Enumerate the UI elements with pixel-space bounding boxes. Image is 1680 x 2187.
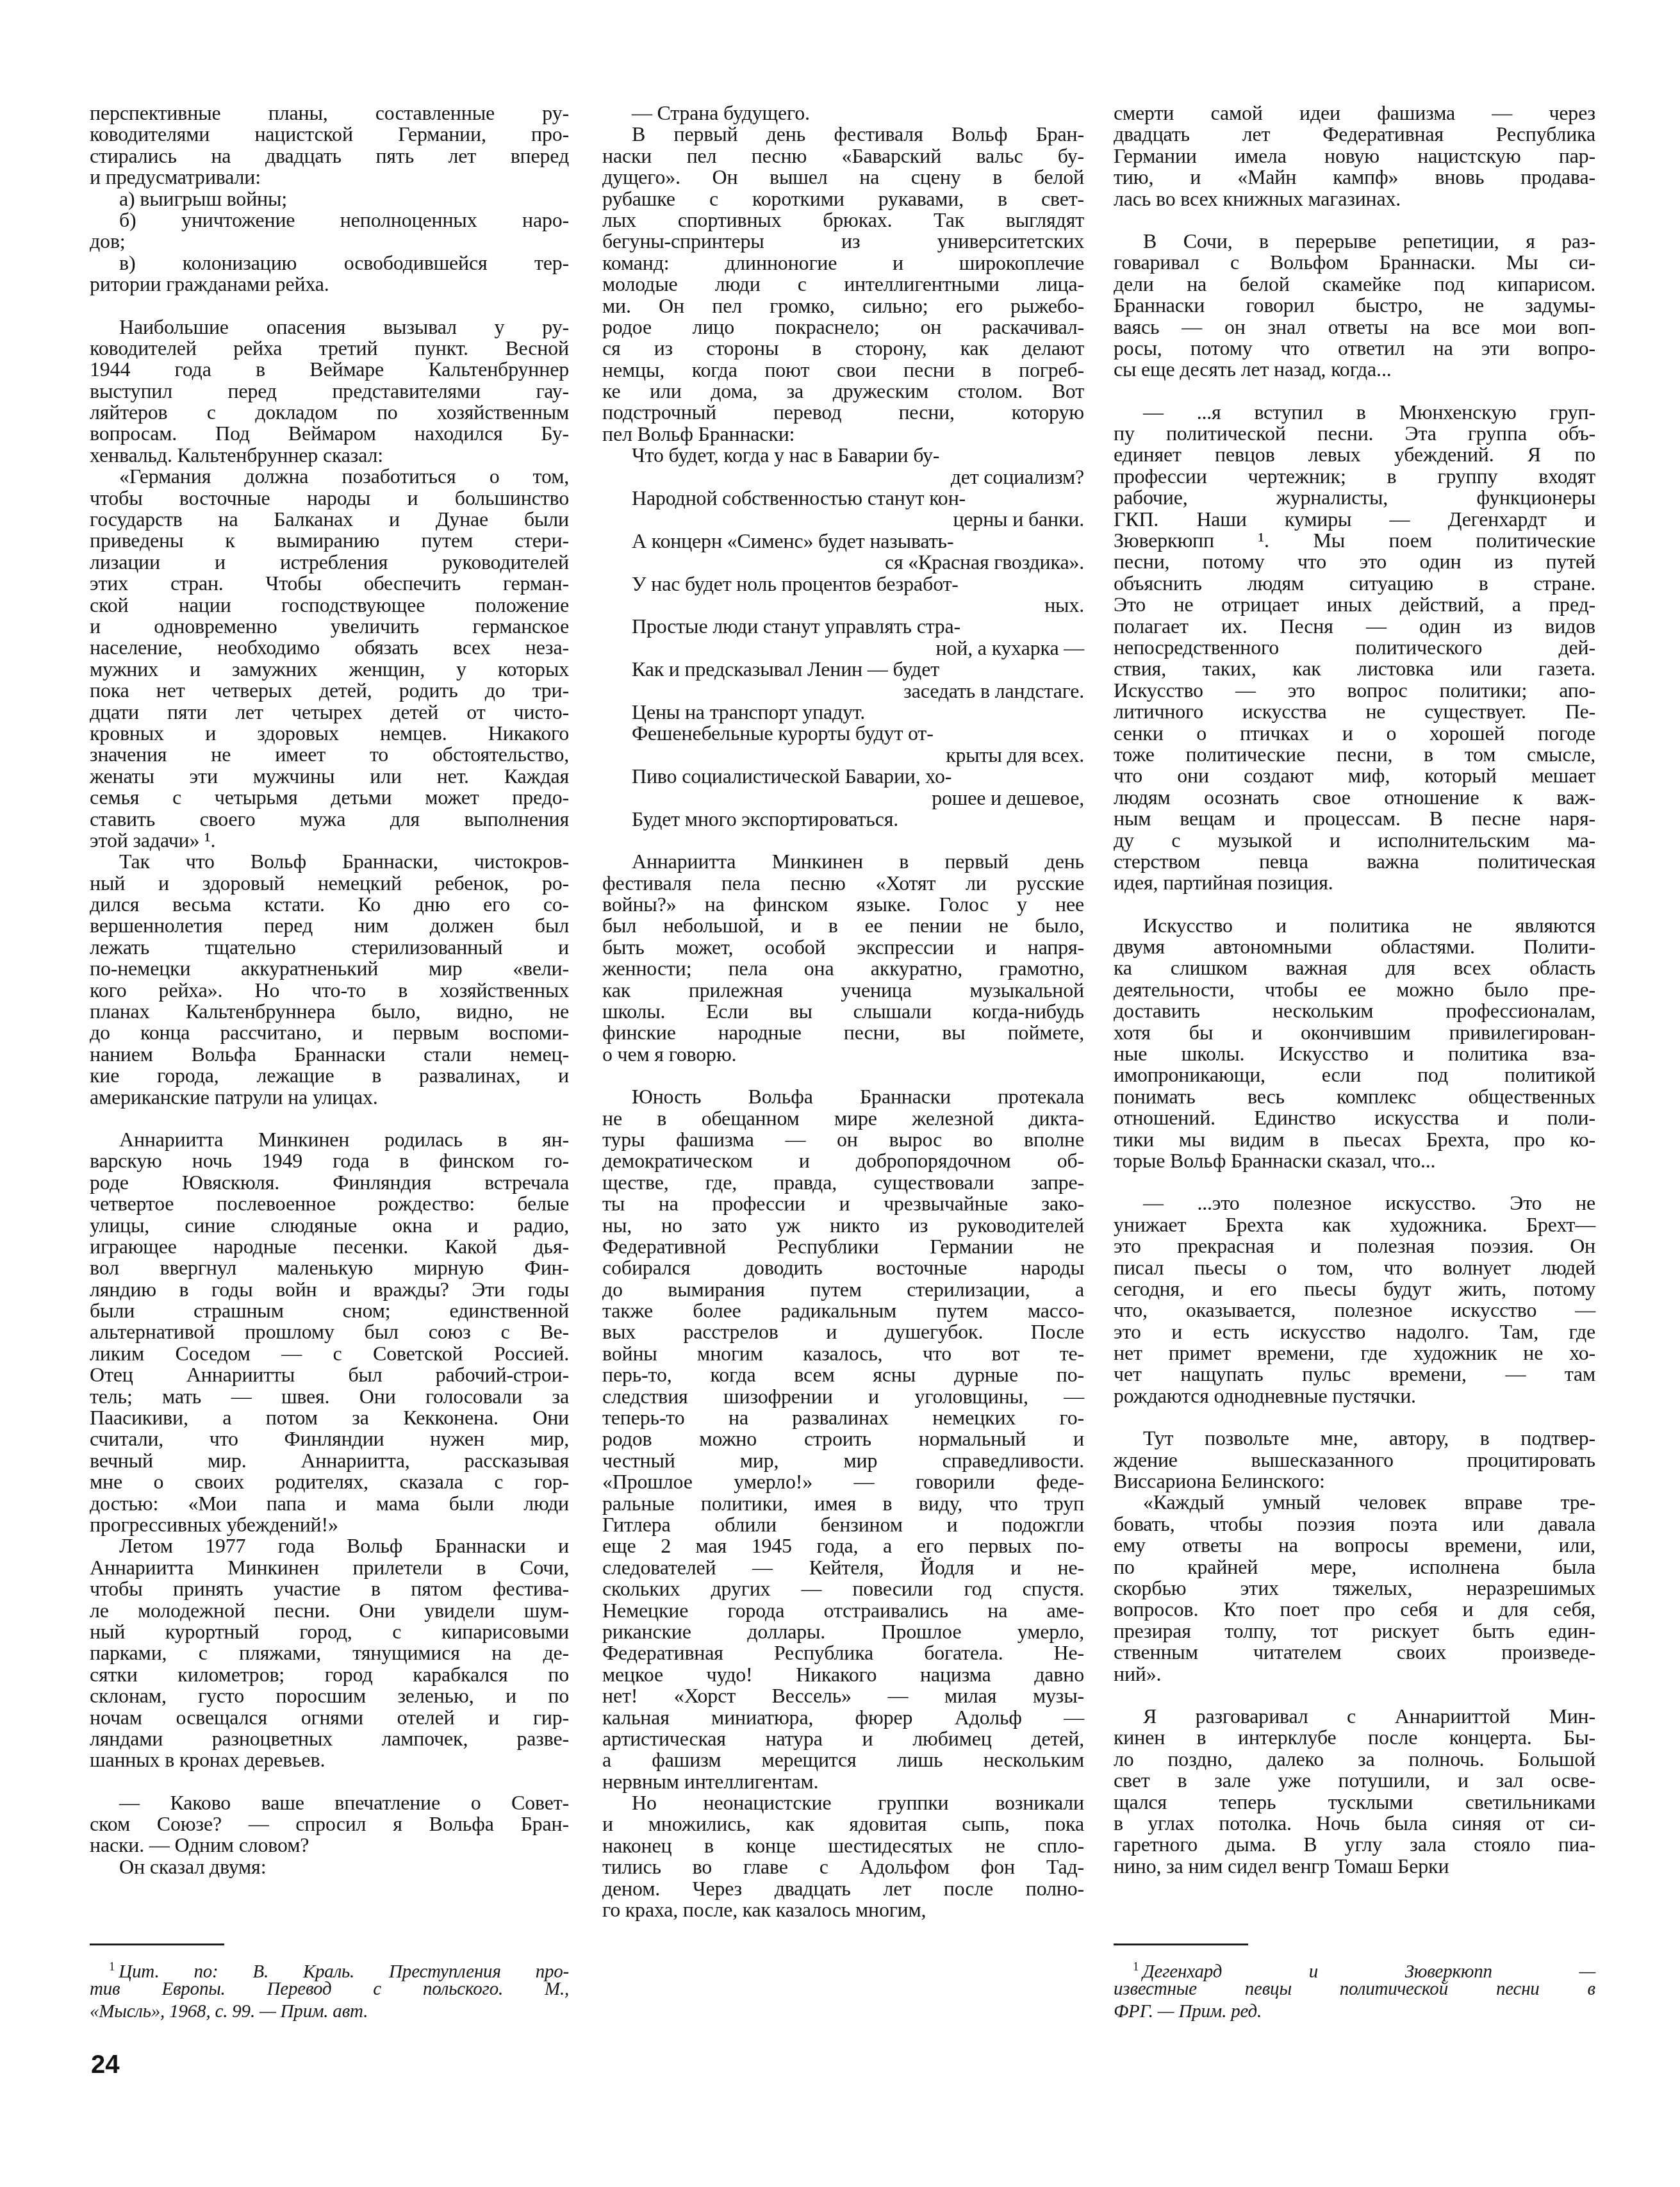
footnote-marker: 1 (1133, 1960, 1139, 1974)
text-line: родое лицо покраснело; он раскачивал- (602, 317, 1084, 338)
text-line: женности; пела она аккуратно, грамотно, (602, 958, 1084, 979)
text-line: что они создают миф, который мешает (1114, 765, 1595, 786)
text-line: отношений. Единство искусства и поли- (1114, 1107, 1595, 1128)
text-line: дов; (90, 231, 569, 252)
column-left: перспективные планы, составленные ру-ков… (90, 103, 569, 1878)
footnote-line: 1Цит. по: В. Краль. Преступления про- (90, 1956, 569, 1978)
paragraph: В первый день фестиваля Вольф Бран-наски… (602, 124, 1084, 445)
text-line: и предусматривали: (90, 167, 569, 188)
text-line: торые Вольф Браннаски сказал, что... (1114, 1150, 1595, 1171)
paragraph: Я разговаривал с Аннарииттой Мин-кинен в… (1114, 1706, 1595, 1877)
text-line: перь-то, когда всем ясны дурные по- (602, 1364, 1084, 1385)
text-line: церны и банки. (602, 509, 1084, 530)
text-line: ществе, где, правда, существовали запре- (602, 1172, 1084, 1193)
text-line: мужних и замужних женщин, у которых (90, 659, 569, 680)
text-line: нет примет времени, где художник не хо- (1114, 1342, 1595, 1364)
text-line: — Каково ваше впечатление о Совет- (90, 1792, 569, 1813)
text-line: профессии чертежник; в группу входят (1114, 466, 1595, 487)
text-line: ляндию в годы войн и вражды? Эти годы (90, 1279, 569, 1300)
text-line: ный курортный город, с кипарисовыми (90, 1621, 569, 1642)
text-line: Зюверкюпп ¹. Мы поем политические (1114, 530, 1595, 551)
text-line: женаты эти мужчины или нет. Каждая (90, 766, 569, 787)
text-line: вопросов. Кто поет про себя и для себя, (1114, 1599, 1595, 1620)
text-line: рубашке с короткими рукавами, в свет- (602, 188, 1084, 210)
text-line: Простые люди станут управлять стра- (602, 616, 1084, 637)
text-line: ле молодежной песни. Они увидели шум- (90, 1600, 569, 1621)
text-line: «Каждый умный человек вправе тре- (1114, 1492, 1595, 1513)
text-line: тель; мать — швея. Они голосовали за (90, 1386, 569, 1407)
text-line: перспективные планы, составленные ру- (90, 103, 569, 124)
text-line: лась во всех книжных магазинах. (1114, 188, 1595, 210)
text-line: ных. (602, 595, 1084, 616)
text-line: Искусство — это вопрос политики; апо- (1114, 680, 1595, 701)
paragraph: Аннариитта Минкинен родилась в ян-варску… (90, 1129, 569, 1535)
text-line: демократическом и добропорядочном об- (602, 1150, 1084, 1171)
text-line: выступил перед представителями гау- (90, 381, 569, 402)
text-line: Отец Аннариитты был рабочий-строи- (90, 1364, 569, 1385)
text-line: финские народные песни, вы поймете, (602, 1022, 1084, 1043)
text-line: считали, что Финляндии нужен мир, (90, 1428, 569, 1449)
text-line: Аннариитта Минкинен прилетели в Сочи, (90, 1557, 569, 1578)
text-line: смерти самой идеи фашизма — через (1114, 103, 1595, 124)
text-line: склонам, густо поросшим зеленью, и по (90, 1685, 569, 1706)
text-line: Летом 1977 года Вольф Браннаски и (90, 1535, 569, 1556)
paragraph: Юность Вольфа Браннаски протекалане в об… (602, 1086, 1084, 1792)
text-line: Цены на транспорт упадут. (602, 702, 1084, 723)
text-line: дели на белой скамейке под кипарисом. (1114, 274, 1595, 295)
text-line: альтернативой прошлому был союз с Ве- (90, 1321, 569, 1342)
verse-stanza: Что будет, когда у нас в Баварии бу-дет … (602, 445, 1084, 488)
text-line: пу политической песни. Эта группа объ- (1114, 423, 1595, 444)
text-line: по крайней мере, исполнена была (1114, 1556, 1595, 1578)
footnote-line: ФРГ. — Прим. ред. (1114, 2001, 1595, 2023)
text-line: тились во главе с Адольфом фон Тад- (602, 1856, 1084, 1878)
text-line: этих стран. Чтобы обеспечить герман- (90, 573, 569, 594)
text-line: четвертое послевоенное рождество: белые (90, 1193, 569, 1214)
paragraph: Тут позвольте мне, автору, в подтвер-жде… (1114, 1428, 1595, 1492)
text-line: были страшным сном; единственной (90, 1300, 569, 1321)
text-line: Юность Вольфа Браннаски протекала (602, 1086, 1084, 1107)
paragraph: «Каждый умный человек вправе тре-бовать,… (1114, 1492, 1595, 1685)
text-line: Что будет, когда у нас в Баварии бу- (602, 445, 1084, 466)
text-line: ми. Он пел громко, сильно; его рыжебо- (602, 295, 1084, 317)
text-line: Пиво социалистической Баварии, хо- (602, 766, 1084, 787)
text-line: чтобы восточные народы и большинство (90, 488, 569, 509)
text-line: мне о своих родителях, сказала с гор- (90, 1471, 569, 1492)
text-line: молодые люди с интеллигентными лица- (602, 274, 1084, 295)
text-line: презирая толпу, тот рискует быть един- (1114, 1621, 1595, 1642)
text-line: — ...это полезное искусство. Это не (1114, 1193, 1595, 1214)
text-line: объяснить людям ситуацию в стране. (1114, 573, 1595, 594)
text-line: кинен в интерклубе после концерта. Бы- (1114, 1727, 1595, 1748)
text-line: бовать, чтобы поэзия поэта или давала (1114, 1514, 1595, 1535)
text-line: Гитлера облили бензином и подожгли (602, 1514, 1084, 1535)
text-line: рабочие, журналисты, функционеры (1114, 487, 1595, 508)
paragraph: — Каково ваше впечатление о Совет-ском С… (90, 1792, 569, 1856)
text-line: 1944 года в Веймаре Кальтенбруннер (90, 359, 569, 380)
text-line: немцы, когда поют свои песни в погреб- (602, 359, 1084, 381)
text-line: что, оказывается, полезное искусство — (1114, 1300, 1595, 1321)
text-line: Германии имела новую нацистскую пар- (1114, 145, 1595, 167)
text-line: гаретного дыма. В углу зала стояло пиа- (1114, 1834, 1595, 1855)
text-line: «Германия должна позаботиться о том, (90, 466, 569, 487)
text-line: вечный мир. Аннариитта, рассказывая (90, 1450, 569, 1471)
text-line: сегодня, и его пьесы будут жить, потому (1114, 1278, 1595, 1300)
text-line: мецкое чудо! Никакого нацизма давно (602, 1664, 1084, 1685)
text-line: нервным интеллигентам. (602, 1771, 1084, 1792)
paragraph: — Страна будущего. (602, 103, 1084, 124)
footnote-line: «Мысль», 1968, с. 99. — Прим. авт. (90, 2001, 569, 2023)
magazine-page: перспективные планы, составленные ру-ков… (0, 0, 1680, 2187)
text-line: — Страна будущего. (602, 103, 1084, 124)
text-line: ночам освещался огнями отелей и гир- (90, 1707, 569, 1728)
text-line: собирался доводить восточные народы (602, 1257, 1084, 1278)
verse-stanza: Пиво социалистической Баварии, хо-рошее … (602, 766, 1084, 809)
text-line: В первый день фестиваля Вольф Бран- (602, 124, 1084, 145)
verse-stanza: Как и предсказывал Ленин — будетзаседать… (602, 659, 1084, 702)
paragraph: Так что Вольф Браннаски, чистокров-ный и… (90, 851, 569, 1108)
text-line: школы. Если вы слышали когда-нибудь (602, 1001, 1084, 1022)
text-line: ликим Соседом — с Советской Россией. (90, 1343, 569, 1364)
text-line: дущего». Он вышел на сцену в белой (602, 167, 1084, 188)
text-line: прогрессивных убеждений!» (90, 1514, 569, 1535)
text-line: ду с музыкой и исполнительским ма- (1114, 830, 1595, 851)
text-line: В Сочи, в перерыве репетиции, я раз- (1114, 231, 1595, 252)
text-line: ка слишком важная для всех область (1114, 957, 1595, 978)
text-line: чтобы принять участие в пятом фестива- (90, 1578, 569, 1599)
paragraph: Летом 1977 года Вольф Браннаски иАннарии… (90, 1535, 569, 1770)
paragraph: а) выигрыш войны; (90, 188, 569, 210)
text-line: риканские доллары. Прошлое умерло, (602, 1621, 1084, 1642)
text-line: нанием Вольфа Браннаски стали немец- (90, 1044, 569, 1065)
text-line: Фешенебельные курорты будут от- (602, 723, 1084, 744)
verse-stanza: Будет много экспортироваться. (602, 809, 1084, 830)
text-line: стерством певца важна политическая (1114, 851, 1595, 872)
text-line: непосредственного политического дей- (1114, 637, 1595, 658)
text-line: сенки о птичках и о хорошей погоде (1114, 723, 1595, 744)
text-line: ской нации господствующее положение (90, 595, 569, 616)
verse-stanza: Фешенебельные курорты будут от-крыты для… (602, 723, 1084, 766)
paragraph: — ...я вступил в Мюнхенскую груп-пу поли… (1114, 402, 1595, 894)
text-line: дцати пяти лет четырех детей от чисто- (90, 702, 569, 723)
text-line: пока нет четверых детей, родить до три- (90, 680, 569, 701)
text-line: лизации и истребления руководителей (90, 552, 569, 573)
text-line: не в обещанном мире железной дикта- (602, 1108, 1084, 1129)
text-line: нет! «Хорст Вессель» — милая музы- (602, 1685, 1084, 1706)
paragraph: смерти самой идеи фашизма — черездвадцат… (1114, 103, 1595, 210)
text-line: деятельности, чтобы ее можно было пре- (1114, 979, 1595, 1000)
text-line: Федеративная Республика богатела. Не- (602, 1642, 1084, 1663)
text-line: это и есть искусство надолго. Там, где (1114, 1321, 1595, 1342)
text-line: а фашизм мерещится лишь нескольким (602, 1749, 1084, 1770)
text-line: Наибольшие опасения вызывал у ру- (90, 317, 569, 338)
text-line: был небольшой, и в ее пении не было, (602, 915, 1084, 936)
text-line: кальная миниатюра, фюрер Адольф — (602, 1707, 1084, 1728)
text-line: играющее народные песенки. Какой дья- (90, 1236, 569, 1257)
text-line: шанных в кронах деревьев. (90, 1749, 569, 1770)
text-line: ственным читателем своих произведе- (1114, 1642, 1595, 1663)
text-line: в углах потолка. Ночь была синяя от си- (1114, 1813, 1595, 1834)
text-line: лежать тщательно стерилизованный и (90, 937, 569, 958)
text-line: Будет много экспортироваться. (602, 809, 1084, 830)
text-line: рошее и дешевое, (602, 788, 1084, 809)
column-middle: — Страна будущего.В первый день фестивал… (602, 103, 1084, 1920)
paragraph: перспективные планы, составленные ру-ков… (90, 103, 569, 188)
text-line: население, необходимо обязать всех неза- (90, 637, 569, 658)
text-line: и одновременно увеличить германское (90, 616, 569, 637)
text-line: свет в зале уже потушили, и зал осве- (1114, 1770, 1595, 1791)
text-line: людям осознать свое отношение к важ- (1114, 787, 1595, 808)
text-line: наконец в конце шестидесятых не спло- (602, 1835, 1084, 1856)
text-line: дился весьма кстати. Ко дню его со- (90, 894, 569, 915)
text-line: семья с четырьмя детьми может предо- (90, 787, 569, 808)
text-line: ты на профессии и чрезвычайные зако- (602, 1193, 1084, 1214)
paragraph: Он сказал двумя: (90, 1856, 569, 1878)
text-line: ные школы. Искусство и политика вза- (1114, 1043, 1595, 1064)
text-line: А концерн «Сименс» будет называть- (602, 531, 1084, 552)
text-line: У нас будет ноль процентов безработ- (602, 574, 1084, 595)
text-line: Виссариона Белинского: (1114, 1471, 1595, 1492)
text-line: ны, но зато уж никто из руководителей (602, 1215, 1084, 1236)
text-line: Паасикиви, а потом за Кекконена. Они (90, 1407, 569, 1428)
footnote-right: 1Дегенхард и Зюверкюпп —известные певцы … (1114, 1956, 1595, 2023)
text-line: войны многим казалось, что вот те- (602, 1343, 1084, 1364)
text-line: хенвальд. Кальтенбруннер сказал: (90, 445, 569, 466)
text-line: вых расстрелов и душегубок. После (602, 1321, 1084, 1342)
text-line: следствия шизофрении и уголовщины, — (602, 1386, 1084, 1407)
text-line: Тут позвольте мне, автору, в подтвер- (1114, 1428, 1595, 1449)
text-line: понимать весь комплекс общественных (1114, 1086, 1595, 1107)
text-line: доставить нескольким профессионалам, (1114, 1000, 1595, 1021)
text-line: кие города, лежащие в развалинах, и (90, 1065, 569, 1086)
text-line: двадцать лет Федеративная Республика (1114, 124, 1595, 145)
text-line: Народной собственностью станут кон- (602, 488, 1084, 509)
text-line: двумя автономными областями. Полити- (1114, 936, 1595, 957)
text-line: планах Кальтенбруннера было, видно, не (90, 1001, 569, 1022)
text-line: говаривал с Вольфом Браннаски. Мы си- (1114, 252, 1595, 273)
text-line: Федеративной Республики Германии не (602, 1236, 1084, 1257)
text-line: улицы, синие слюдяные окна и радио, (90, 1215, 569, 1236)
text-line: теперь-то на развалинах немецких го- (602, 1407, 1084, 1428)
verse-stanza: Народной собственностью станут кон-церны… (602, 488, 1084, 531)
text-line: ководителей рейха третий пункт. Весной (90, 338, 569, 359)
text-line: значения не имеет то обстоятельство, (90, 744, 569, 765)
text-line: ствия, таких, как листовка или газета. (1114, 658, 1595, 679)
text-line: ГКП. Наши кумиры — Дегенхардт и (1114, 509, 1595, 530)
text-line: о чем я говорю. (602, 1044, 1084, 1065)
footnote-line: 1Дегенхард и Зюверкюпп — (1114, 1956, 1595, 1978)
text-line: скорбью этих тяжелых, неразрешимых (1114, 1578, 1595, 1599)
text-line: варскую ночь 1949 года в финском го- (90, 1150, 569, 1171)
text-line: достью: «Мои папа и мама были люди (90, 1493, 569, 1514)
text-line: Немецкие города отстраивались на аме- (602, 1600, 1084, 1621)
text-line: ным вещам и процессам. В песне наря- (1114, 808, 1595, 829)
footnote-divider-right (1114, 1944, 1248, 1945)
text-line: до вымирания путем стерилизации, а (602, 1279, 1084, 1300)
text-line: ся из стороны в сторону, как делают (602, 338, 1084, 359)
text-line: быть может, особой экспрессии и напря- (602, 937, 1084, 958)
text-line: литичного искусства не существует. Пе- (1114, 701, 1595, 722)
text-line: деном. Через двадцать лет после полно- (602, 1878, 1084, 1899)
text-line: ке или дома, за дружеским столом. Вот (602, 381, 1084, 402)
text-line: по-немецки аккуратненький мир «вели- (90, 958, 569, 979)
text-line: ваясь — он знал ответы на все мои воп- (1114, 317, 1595, 338)
text-line: росы, потому что ответил на эти вопро- (1114, 338, 1595, 359)
text-line: подстрочный перевод песни, которую (602, 402, 1084, 423)
text-line: честный мир, мир справедливости. (602, 1450, 1084, 1471)
text-line: Так что Вольф Браннаски, чистокров- (90, 851, 569, 872)
text-line: тию, и «Майн кампф» вновь продава- (1114, 167, 1595, 188)
text-line: рождаются однодневные пустячки. (1114, 1385, 1595, 1407)
text-line: ляйтеров с докладом по хозяйственным (90, 402, 569, 423)
text-line: ждение вышесказанного процитировать (1114, 1449, 1595, 1471)
text-line: идея, партийная позиция. (1114, 872, 1595, 893)
text-line: вершеннолетия перед ним должен был (90, 915, 569, 936)
text-line: этой задачи» ¹. (90, 830, 569, 851)
text-line: государств на Балканах и Дунае были (90, 509, 569, 530)
text-line: американские патрули на улицах. (90, 1087, 569, 1108)
text-line: родов можно строить нормальный и (602, 1428, 1084, 1449)
paragraph: Аннариитта Минкинен в первый деньфестива… (602, 851, 1084, 1065)
text-line: ной, а кухарка — (602, 638, 1084, 659)
text-line: а) выигрыш войны; (90, 188, 569, 210)
text-line: ском Союзе? — спросил я Вольфа Бран- (90, 1813, 569, 1835)
text-line: заседать в ландстаге. (602, 681, 1084, 702)
paragraph: — ...это полезное искусство. Это неунижа… (1114, 1193, 1595, 1407)
text-line: чет нащупать пульс времени, — там (1114, 1364, 1595, 1385)
text-line: туры фашизма — он вырос во вполне (602, 1129, 1084, 1150)
text-line: сятки километров; город карабкался по (90, 1664, 569, 1685)
verse-stanza: У нас будет ноль процентов безработ-ных. (602, 574, 1084, 616)
text-line: лых спортивных брюках. Так выглядят (602, 210, 1084, 231)
text-line: ний». (1114, 1663, 1595, 1685)
text-line: дет социализм? (602, 466, 1084, 488)
text-line: ставить своего мужа для выполнения (90, 809, 569, 830)
text-line: как прилежная ученица музыкальной (602, 980, 1084, 1001)
text-line: нино, за ним сидел венгр Томаш Берки (1114, 1856, 1595, 1877)
text-line: Я разговаривал с Аннарииттой Мин- (1114, 1706, 1595, 1727)
text-line: скольких других — повесили год спустя. (602, 1578, 1084, 1599)
text-line: Аннариитта Минкинен в первый день (602, 851, 1084, 872)
footnote-marker: 1 (109, 1960, 115, 1974)
text-line: полагает их. Песня — один из видов (1114, 616, 1595, 637)
text-line: ло поздно, далеко за полночь. Большой (1114, 1749, 1595, 1770)
text-line: также более радикальным путем массо- (602, 1300, 1084, 1321)
text-line: войны?» на финском языке. Голос у нее (602, 894, 1084, 915)
text-line: роде Ювяскюля. Финляндия встречала (90, 1172, 569, 1193)
text-line: кровных и здоровых немцев. Никакого (90, 723, 569, 744)
text-line: и множились, как ядовитая сыпь, пока (602, 1813, 1084, 1835)
text-line: ся «Красная гвоздика». (602, 552, 1084, 573)
text-line: вол ввергнул маленькую мирную Фин- (90, 1257, 569, 1278)
paragraph: в) колонизацию освободившейся тер-ритори… (90, 252, 569, 295)
text-line: Он сказал двумя: (90, 1856, 569, 1878)
text-line: тики мы видим в пьесах Брехта, про ко- (1114, 1129, 1595, 1150)
text-line: наски пел песню «Баварский вальс бу- (602, 145, 1084, 167)
text-line: ему ответы на вопросы времени, или, (1114, 1535, 1595, 1556)
text-line: — ...я вступил в Мюнхенскую груп- (1114, 402, 1595, 423)
text-line: б) уничтожение неполноценных наро- (90, 210, 569, 231)
text-line: вопросам. Под Веймаром находился Бу- (90, 423, 569, 444)
text-line: ритории гражданами рейха. (90, 274, 569, 295)
text-line: стирались на двадцать пять лет вперед (90, 145, 569, 167)
text-line: унижает Брехта как художника. Брехт— (1114, 1214, 1595, 1235)
text-line: артистическая натура и любимец детей, (602, 1728, 1084, 1749)
paragraph: Искусство и политика не являютсядвумя ав… (1114, 915, 1595, 1172)
page-number: 24 (91, 2051, 120, 2079)
text-line: ральные политики, имея в виду, что труп (602, 1493, 1084, 1514)
paragraph: Наибольшие опасения вызывал у ру-ководит… (90, 317, 569, 466)
paragraph: В Сочи, в перерыве репетиции, я раз-гова… (1114, 231, 1595, 381)
text-line: тоже политические песни, в том смысле, (1114, 744, 1595, 765)
footnote-line: тив Европы. Перевод с польского. М., (90, 1978, 569, 2001)
text-line: «Прошлое умерло!» — говорили феде- (602, 1471, 1084, 1492)
text-line: писал пьесы о том, что волнует людей (1114, 1257, 1595, 1278)
text-line: Это не отрицает иных действий, а пред- (1114, 594, 1595, 615)
text-line: наски. — Одним словом? (90, 1835, 569, 1856)
text-line: в) колонизацию освободившейся тер- (90, 252, 569, 274)
text-line: сы еще десять лет назад, когда... (1114, 359, 1595, 380)
footnote-left: 1Цит. по: В. Краль. Преступления про-тив… (90, 1956, 569, 2023)
text-line: крыты для всех. (602, 745, 1084, 766)
paragraph: Но неонацистские группки возникалии множ… (602, 1792, 1084, 1920)
text-line: ляндами разноцветных лампочек, разве- (90, 1728, 569, 1749)
footnote-divider-left (90, 1944, 224, 1945)
footnote-line: известные певцы политической песни в (1114, 1978, 1595, 2001)
verse-stanza: Простые люди станут управлять стра-ной, … (602, 616, 1084, 659)
text-line: Аннариитта Минкинен родилась в ян- (90, 1129, 569, 1150)
text-line: бегуны-спринтеры из университетских (602, 231, 1084, 252)
text-line: это прекрасная и полезная поэзия. Он (1114, 1235, 1595, 1257)
text-line: ководителями нацистской Германии, про- (90, 124, 569, 145)
text-line: пел Вольф Браннаски: (602, 424, 1084, 445)
text-line: следователей — Кейтеля, Йодля и не- (602, 1557, 1084, 1578)
text-line: го краха, после, как казалось многим, (602, 1899, 1084, 1920)
text-line: до конца рассчитано, и первым воспоми- (90, 1022, 569, 1043)
text-line: еще 2 мая 1945 года, а его первых по- (602, 1535, 1084, 1556)
verse-stanza: Цены на транспорт упадут. (602, 702, 1084, 723)
text-line: хотя бы и окончившим привилегирован- (1114, 1022, 1595, 1043)
text-line: Как и предсказывал Ленин — будет (602, 659, 1084, 680)
text-line: ный и здоровый немецкий ребенок, ро- (90, 873, 569, 894)
text-line: Искусство и политика не являются (1114, 915, 1595, 936)
text-line: щался теперь тусклыми светильниками (1114, 1792, 1595, 1813)
text-line: имопроникающи, если под политикой (1114, 1064, 1595, 1085)
text-line: песни, потому что это один из путей (1114, 551, 1595, 572)
text-line: фестиваля пела песню «Хотят ли русские (602, 873, 1084, 894)
text-line: кого рейха». Но что-то в хозяйственных (90, 980, 569, 1001)
text-line: Браннаски говорил быстро, не задумы- (1114, 295, 1595, 316)
text-line: парками, с пляжами, тянущимися на де- (90, 1642, 569, 1663)
verse-stanza: А концерн «Сименс» будет называть-ся «Кр… (602, 531, 1084, 574)
text-line: единяет певцов левых убеждений. Я по (1114, 444, 1595, 465)
paragraph: «Германия должна позаботиться о том,чтоб… (90, 466, 569, 851)
text-line: Но неонацистские группки возникали (602, 1792, 1084, 1813)
column-right: смерти самой идеи фашизма — черездвадцат… (1114, 103, 1595, 1877)
text-line: приведены к вымиранию путем стери- (90, 530, 569, 551)
paragraph: б) уничтожение неполноценных наро-дов; (90, 210, 569, 252)
text-line: команд: длинноногие и широкоплечие (602, 252, 1084, 274)
